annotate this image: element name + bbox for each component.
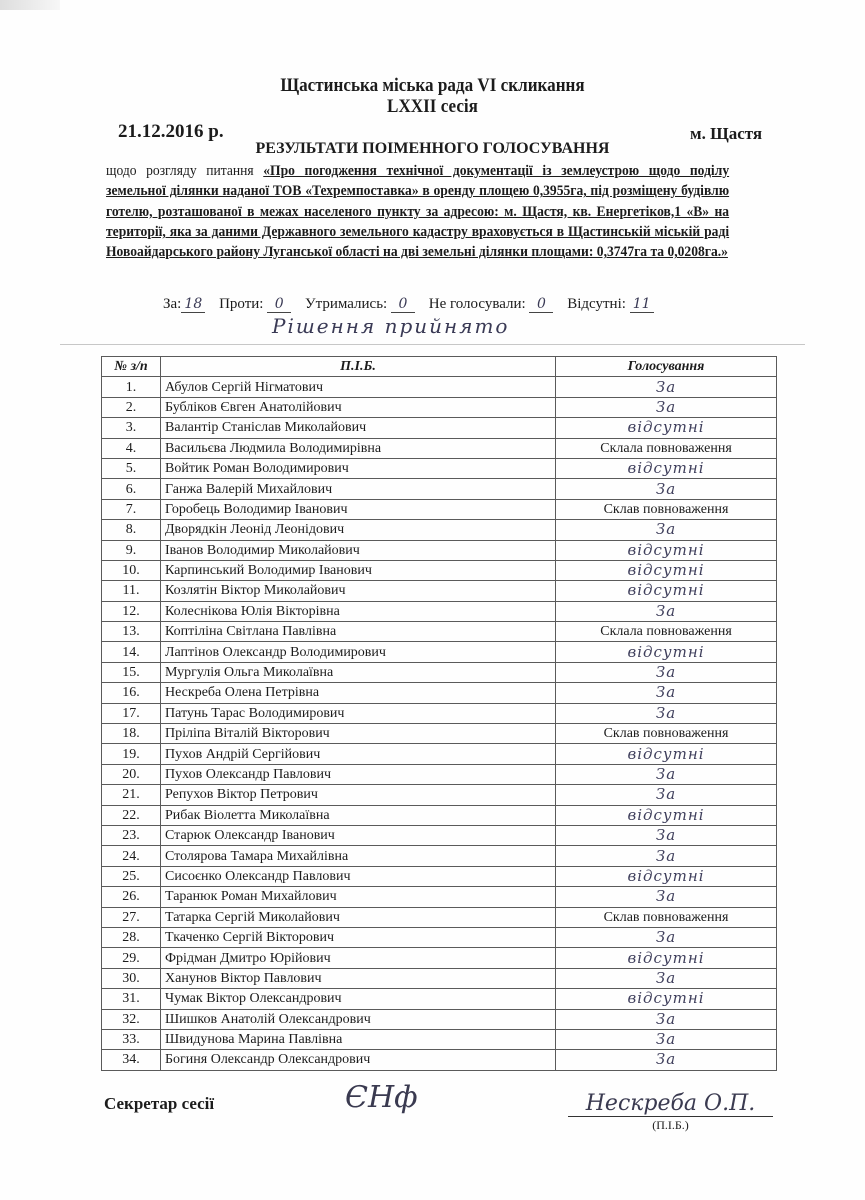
member-vote: відсутні [556, 989, 777, 1009]
table-row: 8.Дворядкін Леонід ЛеонідовичЗа [102, 520, 777, 540]
member-vote: відсутні [556, 805, 777, 825]
member-vote: За [556, 703, 777, 723]
member-name: Іванов Володимир Миколайович [161, 540, 556, 560]
tally-abstained-label: Утримались: [305, 296, 387, 312]
member-name: Фрідман Дмитро Юрійович [161, 948, 556, 968]
member-name: Ткаченко Сергій Вікторович [161, 927, 556, 947]
member-name: Богиня Олександр Олександрович [161, 1050, 556, 1070]
member-name: Войтик Роман Володимирович [161, 458, 556, 478]
member-vote: відсутні [556, 948, 777, 968]
row-number: 32. [102, 1009, 161, 1029]
member-name: Нескреба Олена Петрівна [161, 683, 556, 703]
table-row: 33.Швидунова Марина ПавлівнаЗа [102, 1029, 777, 1049]
member-vote: За [556, 601, 777, 621]
tally-absent-value: 11 [630, 296, 654, 313]
table-row: 4.Васильєва Людмила ВолодимирівнаСклала … [102, 438, 777, 458]
row-number: 11. [102, 581, 161, 601]
table-row: 21.Репухов Віктор ПетровичЗа [102, 785, 777, 805]
member-vote: Склав повноваження [556, 499, 777, 519]
member-vote: За [556, 1050, 777, 1070]
row-number: 26. [102, 887, 161, 907]
roll-call-table: № з/п П.І.Б. Голосування 1.Абулов Сергій… [101, 356, 777, 1071]
table-row: 29.Фрідман Дмитро Юрійовичвідсутні [102, 948, 777, 968]
row-number: 2. [102, 397, 161, 417]
member-name: Репухов Віктор Петрович [161, 785, 556, 805]
table-row: 23.Старюк Олександр ІвановичЗа [102, 825, 777, 845]
member-name: Старюк Олександр Іванович [161, 825, 556, 845]
row-number: 33. [102, 1029, 161, 1049]
question-text: щодо розгляду питання «Про погодження те… [106, 161, 729, 262]
row-number: 18. [102, 724, 161, 744]
member-vote: Склав повноваження [556, 907, 777, 927]
table-row: 25.Сисоєнко Олександр Павловичвідсутні [102, 866, 777, 886]
member-vote: За [556, 683, 777, 703]
row-number: 13. [102, 622, 161, 642]
member-name: Горобець Володимир Іванович [161, 499, 556, 519]
member-name: Коптіліна Світлана Павлівна [161, 622, 556, 642]
table-row: 5.Войтик Роман Володимировичвідсутні [102, 458, 777, 478]
row-number: 4. [102, 438, 161, 458]
table-row: 6.Ганжа Валерій МихайловичЗа [102, 479, 777, 499]
member-name: Пухов Олександр Павлович [161, 764, 556, 784]
member-vote: За [556, 662, 777, 682]
table-row: 32.Шишков Анатолій ОлександровичЗа [102, 1009, 777, 1029]
table-row: 1.Абулов Сергій НігматовичЗа [102, 377, 777, 397]
table-header-row: № з/п П.І.Б. Голосування [102, 357, 777, 377]
member-name: Патунь Тарас Володимирович [161, 703, 556, 723]
member-name: Дворядкін Леонід Леонідович [161, 520, 556, 540]
member-vote: За [556, 764, 777, 784]
table-row: 9.Іванов Володимир Миколайовичвідсутні [102, 540, 777, 560]
row-number: 10. [102, 560, 161, 580]
member-name: Чумак Віктор Олександрович [161, 989, 556, 1009]
table-row: 30.Ханунов Віктор ПавловичЗа [102, 968, 777, 988]
table-row: 3.Валантір Станіслав Миколайовичвідсутні [102, 418, 777, 438]
table-row: 13.Коптіліна Світлана ПавлівнаСклала пов… [102, 622, 777, 642]
member-name: Лаптінов Олександр Володимирович [161, 642, 556, 662]
row-number: 17. [102, 703, 161, 723]
member-vote: За [556, 377, 777, 397]
member-vote: За [556, 825, 777, 845]
vote-tally: За:18 Проти: 0 Утримались: 0 Не голосува… [163, 296, 664, 313]
member-name: Бубліков Євген Анатолійович [161, 397, 556, 417]
member-vote: За [556, 785, 777, 805]
member-name: Столярова Тамара Михайлівна [161, 846, 556, 866]
row-number: 15. [102, 662, 161, 682]
table-row: 28.Ткаченко Сергій ВікторовичЗа [102, 927, 777, 947]
council-title: Щастинська міська рада VI скликання [43, 75, 822, 97]
member-name: Мургулія Ольга Миколаївна [161, 662, 556, 682]
tally-not-voted-value: 0 [529, 296, 553, 313]
table-row: 24.Столярова Тамара МихайлівнаЗа [102, 846, 777, 866]
name-caption: (П.І.Б.) [568, 1118, 773, 1133]
header-name: П.І.Б. [161, 357, 556, 377]
table-body: 1.Абулов Сергій НігматовичЗа2.Бубліков Є… [102, 377, 777, 1070]
row-number: 34. [102, 1050, 161, 1070]
member-vote: відсутні [556, 560, 777, 580]
member-vote: Склала повноваження [556, 438, 777, 458]
row-number: 19. [102, 744, 161, 764]
row-number: 9. [102, 540, 161, 560]
row-number: 14. [102, 642, 161, 662]
divider [60, 344, 805, 345]
member-name: Абулов Сергій Нігматович [161, 377, 556, 397]
header-vote: Голосування [556, 357, 777, 377]
member-vote: За [556, 397, 777, 417]
row-number: 31. [102, 989, 161, 1009]
row-number: 30. [102, 968, 161, 988]
table-row: 2.Бубліков Євген АнатолійовичЗа [102, 397, 777, 417]
signer-name-handwritten: Нескреба О.П. [568, 1091, 773, 1117]
results-title: РЕЗУЛЬТАТИ ПОІМЕННОГО ГОЛОСУВАННЯ [0, 140, 865, 158]
member-name: Ганжа Валерій Михайлович [161, 479, 556, 499]
member-name: Пухов Андрій Сергійович [161, 744, 556, 764]
row-number: 29. [102, 948, 161, 968]
tally-for-label: За: [163, 296, 181, 312]
member-name: Рибак Віолетта Миколаївна [161, 805, 556, 825]
member-name: Карпинський Володимир Іванович [161, 560, 556, 580]
table-row: 16.Нескреба Олена ПетрівнаЗа [102, 683, 777, 703]
tally-not-voted-label: Не голосували: [429, 296, 526, 312]
member-vote: За [556, 479, 777, 499]
member-vote: відсутні [556, 458, 777, 478]
member-vote: За [556, 846, 777, 866]
tally-against-value: 0 [267, 296, 291, 313]
member-vote: Склав повноваження [556, 724, 777, 744]
table-row: 22.Рибак Віолетта Миколаївнавідсутні [102, 805, 777, 825]
member-vote: За [556, 520, 777, 540]
row-number: 3. [102, 418, 161, 438]
row-number: 20. [102, 764, 161, 784]
table-row: 31.Чумак Віктор Олександровичвідсутні [102, 989, 777, 1009]
table-row: 34.Богиня Олександр ОлександровичЗа [102, 1050, 777, 1070]
table-row: 10.Карпинський Володимир Івановичвідсутн… [102, 560, 777, 580]
member-vote: За [556, 927, 777, 947]
scan-edge-artifact [0, 0, 60, 10]
row-number: 6. [102, 479, 161, 499]
tally-absent-label: Відсутні: [567, 296, 626, 312]
row-number: 23. [102, 825, 161, 845]
member-name: Валантір Станіслав Миколайович [161, 418, 556, 438]
row-number: 21. [102, 785, 161, 805]
decision-handwritten: Рішення прийнято [272, 314, 509, 338]
table-row: 7.Горобець Володимир ІвановичСклав повно… [102, 499, 777, 519]
row-number: 12. [102, 601, 161, 621]
member-vote: відсутні [556, 418, 777, 438]
member-name: Таранюк Роман Михайлович [161, 887, 556, 907]
member-vote: відсутні [556, 642, 777, 662]
member-name: Татарка Сергій Миколайович [161, 907, 556, 927]
table-row: 15.Мургулія Ольга МиколаївнаЗа [102, 662, 777, 682]
member-vote: Склала повноваження [556, 622, 777, 642]
table-row: 27.Татарка Сергій МиколайовичСклав повно… [102, 907, 777, 927]
member-vote: За [556, 1009, 777, 1029]
secretary-signature: ЄНф [345, 1080, 418, 1115]
row-number: 16. [102, 683, 161, 703]
table-row: 12.Колеснікова Юлія ВікторівнаЗа [102, 601, 777, 621]
table-row: 19.Пухов Андрій Сергійовичвідсутні [102, 744, 777, 764]
question-intro: щодо розгляду питання [106, 163, 263, 179]
table-row: 20.Пухов Олександр ПавловичЗа [102, 764, 777, 784]
table-row: 14.Лаптінов Олександр Володимировичвідсу… [102, 642, 777, 662]
row-number: 24. [102, 846, 161, 866]
member-vote: відсутні [556, 581, 777, 601]
table-row: 18.Пріліпа Віталій ВікторовичСклав повно… [102, 724, 777, 744]
row-number: 5. [102, 458, 161, 478]
member-name: Козлятін Віктор Миколайович [161, 581, 556, 601]
table-row: 11.Козлятін Віктор Миколайовичвідсутні [102, 581, 777, 601]
secretary-label: Секретар сесії [104, 1094, 214, 1114]
member-vote: За [556, 1029, 777, 1049]
member-vote: За [556, 887, 777, 907]
row-number: 28. [102, 927, 161, 947]
header-number: № з/п [102, 357, 161, 377]
table-row: 17.Патунь Тарас ВолодимировичЗа [102, 703, 777, 723]
member-vote: відсутні [556, 540, 777, 560]
tally-for-value: 18 [181, 296, 205, 313]
member-name: Васильєва Людмила Володимирівна [161, 438, 556, 458]
row-number: 7. [102, 499, 161, 519]
member-name: Ханунов Віктор Павлович [161, 968, 556, 988]
row-number: 8. [102, 520, 161, 540]
row-number: 27. [102, 907, 161, 927]
member-vote: відсутні [556, 866, 777, 886]
member-name: Колеснікова Юлія Вікторівна [161, 601, 556, 621]
session-title: LXXII сесія [43, 96, 822, 118]
member-name: Сисоєнко Олександр Павлович [161, 866, 556, 886]
member-name: Швидунова Марина Павлівна [161, 1029, 556, 1049]
member-vote: відсутні [556, 744, 777, 764]
member-name: Пріліпа Віталій Вікторович [161, 724, 556, 744]
row-number: 1. [102, 377, 161, 397]
tally-abstained-value: 0 [391, 296, 415, 313]
row-number: 25. [102, 866, 161, 886]
table-row: 26.Таранюк Роман МихайловичЗа [102, 887, 777, 907]
member-name: Шишков Анатолій Олександрович [161, 1009, 556, 1029]
row-number: 22. [102, 805, 161, 825]
member-vote: За [556, 968, 777, 988]
tally-against-label: Проти: [219, 296, 263, 312]
